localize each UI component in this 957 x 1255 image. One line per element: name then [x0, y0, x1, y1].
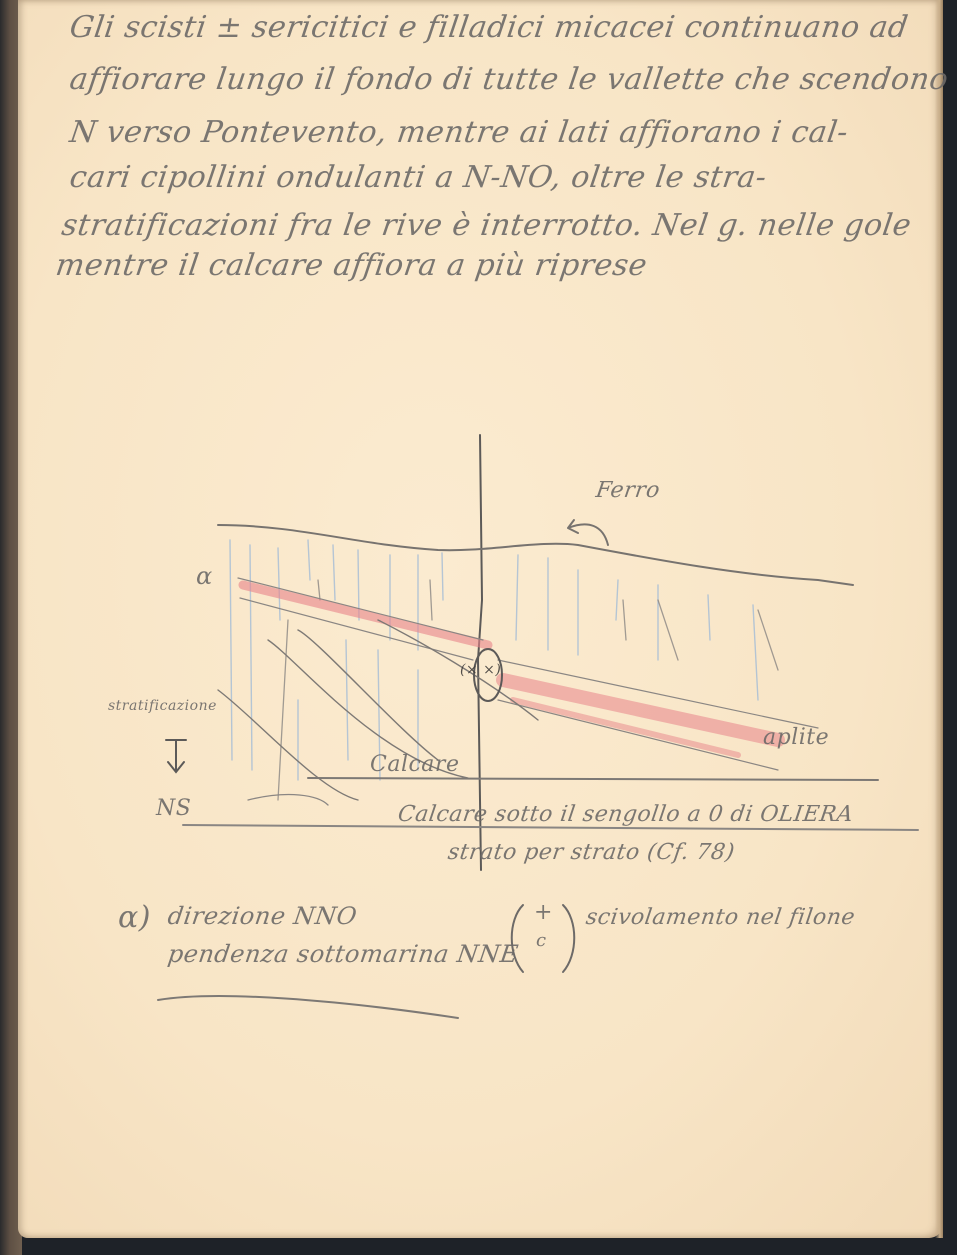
- legend-alpha-line-1: direzione NNO: [166, 902, 359, 930]
- foliation-strokes: [230, 540, 758, 780]
- label-ferro: Ferro: [594, 478, 661, 503]
- baseline: [308, 778, 878, 780]
- label-aplite: aplite: [763, 725, 829, 750]
- label-calcare: Calcare: [370, 752, 459, 777]
- label-ns: NS: [156, 796, 191, 821]
- legend-alpha-key: α): [118, 900, 151, 935]
- label-alpha: α: [196, 562, 213, 590]
- caption-text: Calcare sotto il sengollo a 0 di OLIERA: [396, 802, 855, 827]
- legend-underline-arrow: [158, 996, 458, 1018]
- label-center-marker: (× ×): [460, 662, 501, 678]
- dip-arrow-icon: [166, 740, 186, 772]
- legend-cross-key-top: +: [534, 900, 553, 925]
- label-stratification: stratificazione: [108, 698, 217, 714]
- notebook-page: Gli scisti ± sericitici e filladici mica…: [18, 0, 943, 1238]
- legend-alpha-line-2: pendenza sottomarina NNE: [166, 940, 520, 968]
- curved-arrow-icon: [568, 520, 608, 545]
- legend-cross-key-bottom: c: [536, 930, 547, 951]
- ground-surface-line: [218, 525, 853, 585]
- caption-line-1: Calcare sotto il sengollo a 0 di OLIERA: [396, 802, 855, 827]
- geological-cross-section-sketch: [18, 0, 943, 1238]
- caption-line-2: strato per strato (Cf. 78): [446, 840, 736, 865]
- legend-cross-description: scivolamento nel filone: [584, 905, 856, 930]
